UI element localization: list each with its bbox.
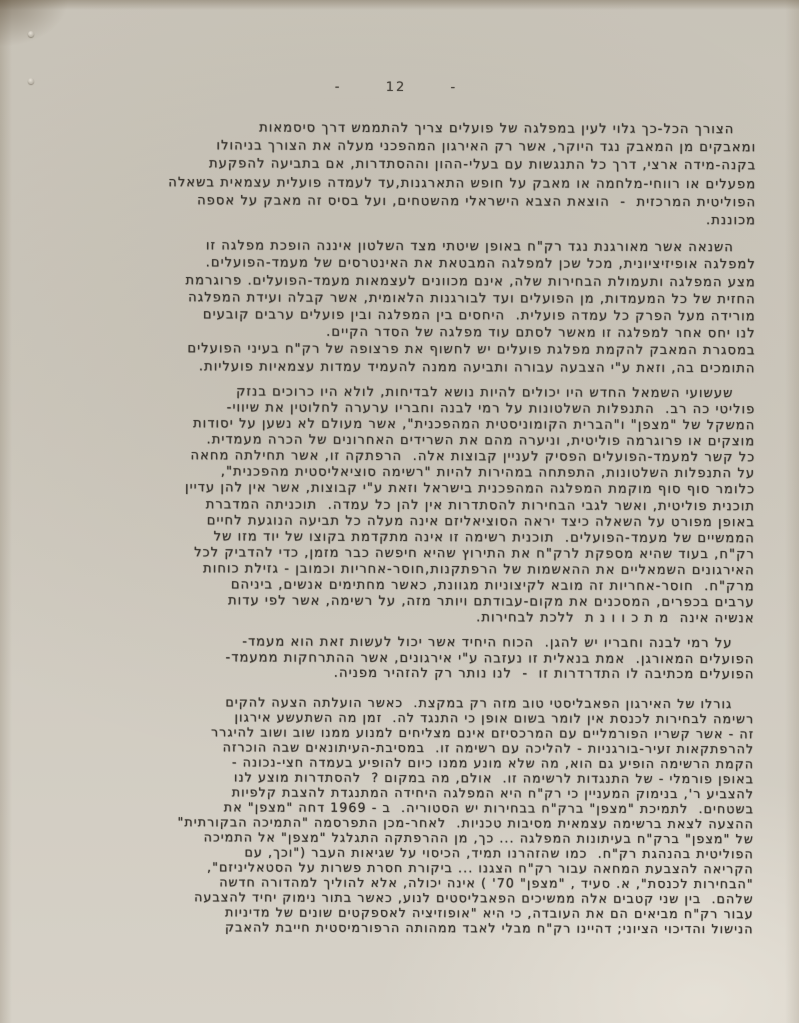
paper-speck <box>28 31 34 37</box>
paragraph: השנאה אשר מאורגנת נגד רק"ח באופן שיטתי מ… <box>48 237 755 377</box>
page-number: - 12 - <box>1 79 790 97</box>
text-line: ומאבקים מן המאבק נגד היוקר, אשר רק האירג… <box>49 137 756 158</box>
text-line: הנישול והדיכוי הציוני; דהיינו רק"ח מבלי … <box>47 919 754 936</box>
text-line: אנשיה אינה מ ת כ ו ו נ ת ללכת לבחירות. <box>48 609 755 628</box>
paragraph: גורלו של האירגון הפאבליסטי טוב מזה רק במ… <box>47 694 755 936</box>
paragraph: על רמי לבנה וחבריו יש להגן. הכוח היחיד א… <box>47 634 754 683</box>
text-line: הפוליטית המרכזית - הוצאת הצבא הישראלי מה… <box>49 192 756 213</box>
paragraph: שעשועי השמאל החדש היו יכולים להיות נושא … <box>48 384 756 628</box>
paragraph: הצורך הכל-כך גלוי לעין במפלגה של פועלים … <box>49 119 756 231</box>
text-line: מפעלים או רווחי-מלחמה או מאבק על חופש הת… <box>49 173 756 194</box>
paper-sheet: - 12 - הצורך הכל-כך גלוי לעין במפלגה של … <box>0 0 799 1023</box>
text-line: הצורך הכל-כך גלוי לעין במפלגה של פועלים … <box>49 119 756 140</box>
scanned-document: { "document": { "page_number": "- 12 -",… <box>0 0 799 1023</box>
text-body: הצורך הכל-כך גלוי לעין במפלגה של פועלים … <box>46 119 756 945</box>
text-line: מכוננת. <box>49 210 756 231</box>
paper-speck <box>28 78 34 84</box>
text-line: הפועלים מכתיבה לו התדרדרות זו - לנו נותר… <box>47 665 754 683</box>
text-line: בקנה-מידה ארצי, דרך כל התנגשות עם בעלי-ה… <box>49 155 756 176</box>
text-line: התומכים בה, וזאת ע"י הצבעה עבורה ותביעה … <box>48 357 755 377</box>
